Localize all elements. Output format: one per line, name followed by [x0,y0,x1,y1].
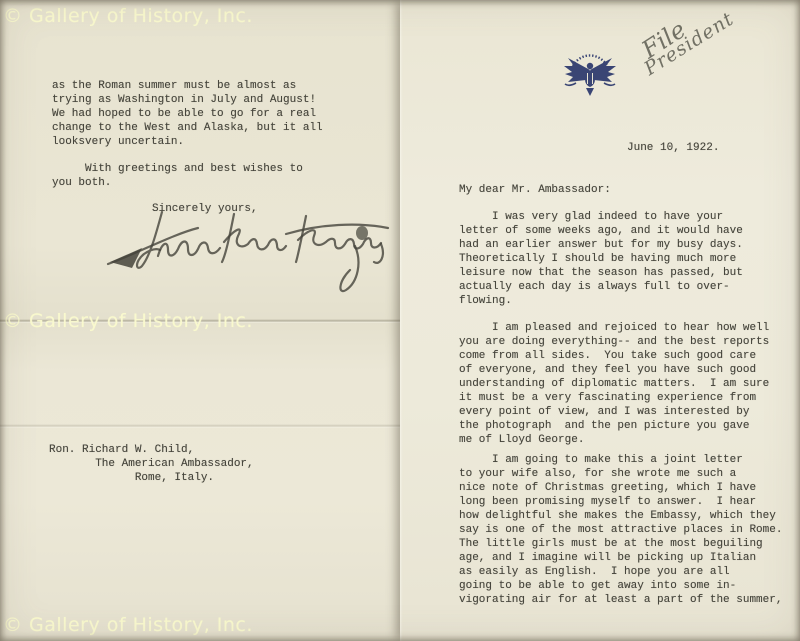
letter-date: June 10, 1922. [627,141,719,155]
letter-paragraph: I am pleased and rejoiced to hear how we… [459,321,769,447]
page2-body-text: as the Roman summer must be almost as tr… [52,79,323,149]
recipient-address: Ron. Richard W. Child, The American Amba… [49,443,254,485]
letter-paragraph: I was very glad indeed to have your lett… [459,210,743,308]
fold-crease [0,424,402,428]
florence-harding-signature [100,204,395,304]
salutation: My dear Mr. Ambassador: [459,183,611,197]
fold-crease [0,319,402,323]
letter-paragraph: I am going to make this a joint letter t… [459,453,782,607]
document-scan: as the Roman summer must be almost as tr… [0,0,800,641]
presidential-seal-icon [562,49,618,99]
letter-page-2: as the Roman summer must be almost as tr… [0,0,402,641]
page2-closing-text: With greetings and best wishes to you bo… [52,162,303,190]
